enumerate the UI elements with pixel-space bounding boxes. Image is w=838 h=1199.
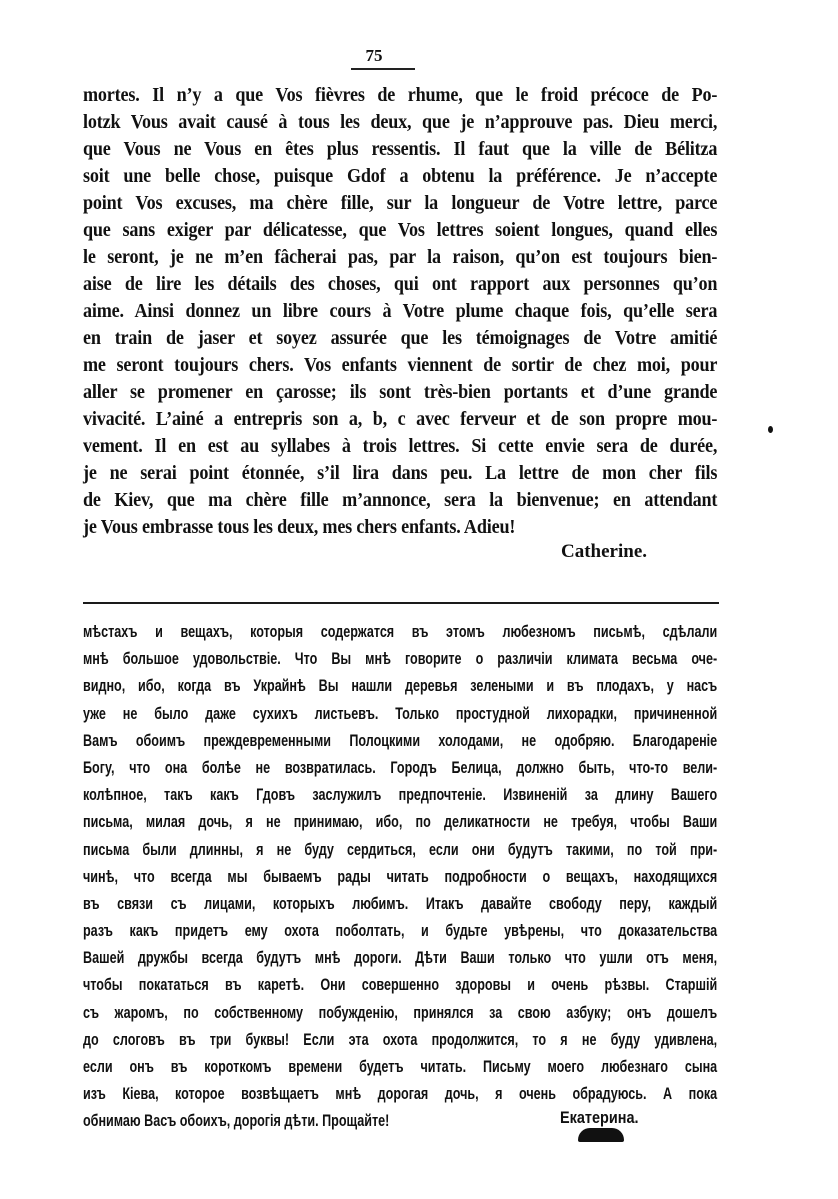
text-line: je Vous embrasse tous les deux, mes cher…	[83, 514, 717, 541]
text-line: lotzk Vous avait causé à tous les deux, …	[83, 109, 717, 136]
text-line: колѣпное, такъ какъ Гдовъ заслужилъ пред…	[83, 781, 717, 808]
french-signature: Catherine.	[561, 541, 647, 563]
text-line: aime. Ainsi donnez un libre cours à Votr…	[83, 298, 717, 325]
text-line: чинѣ, что всегда мы бываемъ рады читать …	[83, 863, 717, 890]
text-line: письма, милая дочь, я не принимаю, ибо, …	[83, 808, 717, 835]
text-line: je ne serai point étonnée, s’il lira dan…	[83, 460, 717, 487]
footnote-separator-rule	[83, 602, 719, 604]
text-line: Вамъ обоимъ преждевременными Полоцкими х…	[83, 727, 717, 754]
russian-signature: Екатерина.	[560, 1108, 639, 1128]
russian-translation-body: мѣстахъ и вещахъ, которыя содержатся въ …	[83, 618, 717, 1135]
text-line: vivacité. L’ainé a entrepris son a, b, c…	[83, 406, 717, 433]
text-line: aller se promener en çarosse; ils sont t…	[83, 379, 717, 406]
text-line: le seront, je ne m’en fâcherai pas, par …	[83, 244, 717, 271]
text-line: видно, ибо, когда въ Украйнѣ Вы нашли де…	[83, 672, 717, 699]
text-line: чтобы покататься въ каретѣ. Они совершен…	[83, 971, 717, 998]
text-line: въ связи съ лицами, которыхъ любимъ. Ита…	[83, 890, 717, 917]
page-number: 75	[350, 46, 398, 66]
text-line: изъ Кіева, которое возвѣщаетъ мнѣ дорога…	[83, 1080, 717, 1107]
text-line: если онъ въ короткомъ времени будетъ чит…	[83, 1053, 717, 1080]
french-letter-body: mortes. Il n’y a que Vos fièvres de rhum…	[83, 82, 717, 541]
text-line: мнѣ большое удовольствіе. Что Вы мнѣ гов…	[83, 645, 717, 672]
text-line: soit une belle chose, puisque Gdof a obt…	[83, 163, 717, 190]
text-line: me seront toujours chers. Vos enfants vi…	[83, 352, 717, 379]
text-line: point Vos excuses, ma chère fille, sur l…	[83, 190, 717, 217]
text-line: уже не было даже сухихъ листьевъ. Только…	[83, 700, 717, 727]
text-line: de Kiev, que ma chère fille m’annonce, s…	[83, 487, 717, 514]
text-line: aise de lire les détails des choses, qui…	[83, 271, 717, 298]
text-line: mortes. Il n’y a que Vos fièvres de rhum…	[83, 82, 717, 109]
text-line: разъ какъ придетъ ему охота поболтать, и…	[83, 917, 717, 944]
text-line: до слоговъ въ три буквы! Если эта охота …	[83, 1026, 717, 1053]
text-line: Богу, что она болѣе не возвратилась. Гор…	[83, 754, 717, 781]
text-line: мѣстахъ и вещахъ, которыя содержатся въ …	[83, 618, 717, 645]
ink-blot-stamp	[578, 1128, 624, 1142]
text-line: письма были длинны, я не буду сердиться,…	[83, 836, 717, 863]
text-line: Вашей дружбы всегда будутъ мнѣ дороги. Д…	[83, 944, 717, 971]
text-line: съ жаромъ, по собственному побужденію, п…	[83, 999, 717, 1026]
text-line: vement. Il en est au syllabes à trois le…	[83, 433, 717, 460]
margin-ink-dot	[768, 426, 773, 433]
text-line: en train de jaser et soyez assurée que l…	[83, 325, 717, 352]
text-line: que Vous ne Vous en êtes plus ressentis.…	[83, 136, 717, 163]
text-line: que sans exiger par délicatesse, que Vos…	[83, 217, 717, 244]
page-number-rule	[351, 68, 415, 70]
